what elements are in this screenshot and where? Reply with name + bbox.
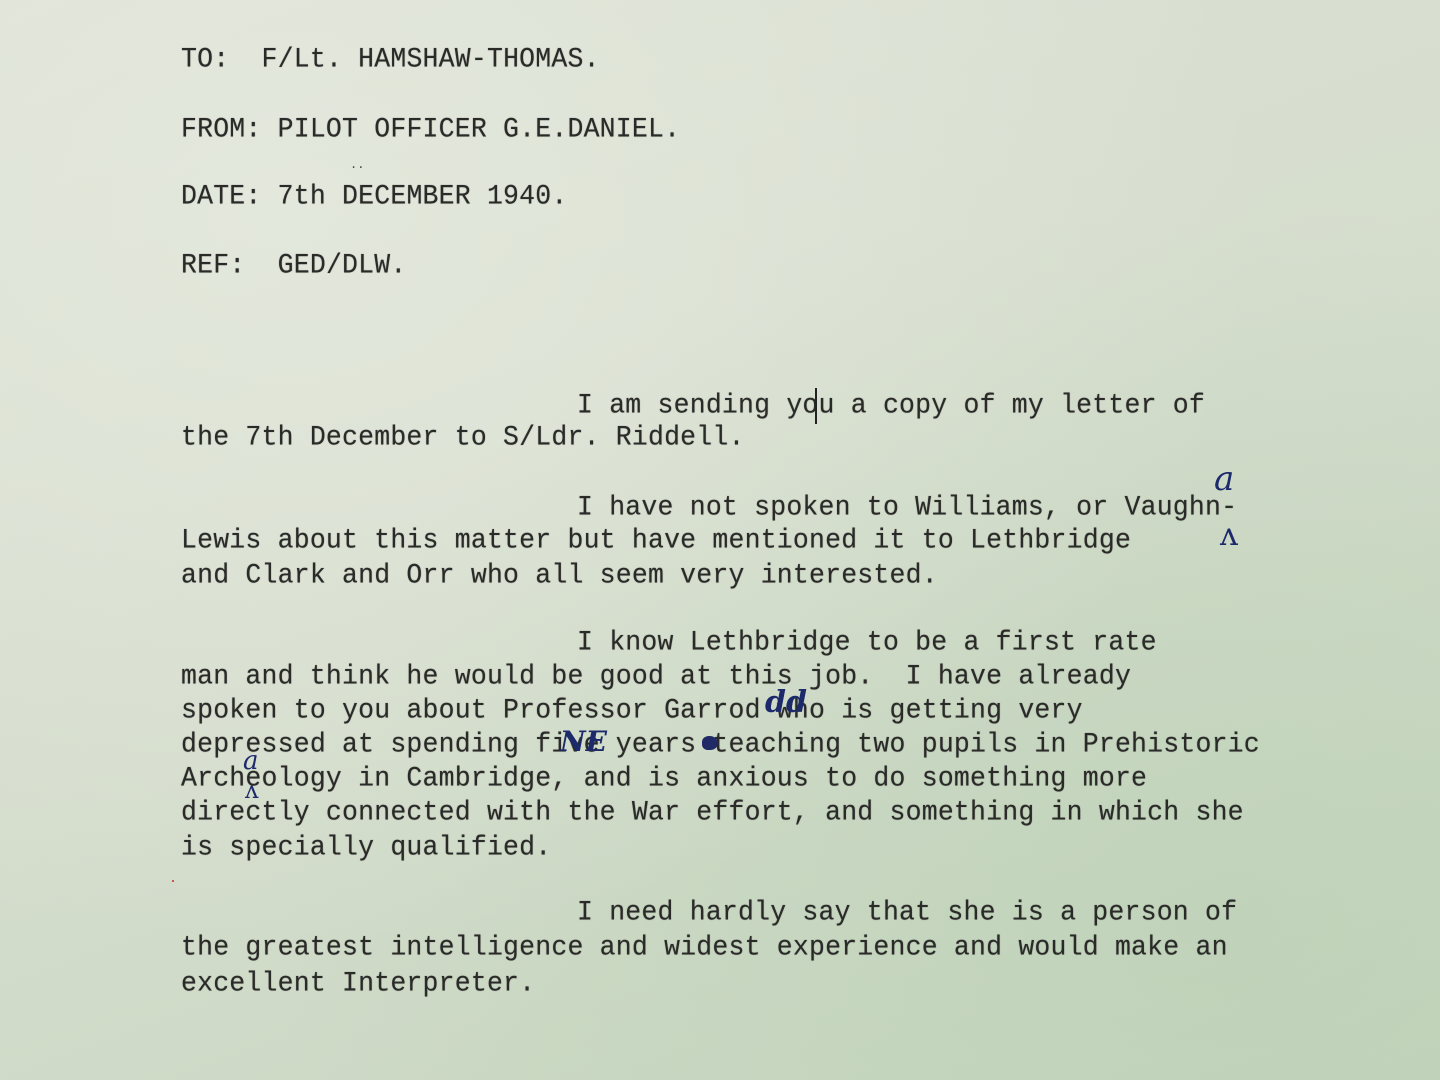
to-value: F/Lt. HAMSHAW-THOMAS. — [262, 43, 600, 75]
para4-line2: the greatest intelligence and widest exp… — [181, 933, 1228, 961]
memo-page: TO: F/Lt. HAMSHAW-THOMAS. FROM: PILOT OF… — [0, 0, 1440, 1080]
ink-blot — [702, 736, 718, 750]
handwritten-insert-a-archaeology: a — [243, 748, 259, 774]
para3-line4: depressed at spending five years teachin… — [181, 730, 1260, 758]
para2-line1: I have not spoken to Williams, or Vaughn… — [577, 493, 1237, 521]
para2-line3: and Clark and Orr who all seem very inte… — [181, 561, 938, 589]
handwritten-caret: ʌ — [1220, 518, 1238, 550]
handwritten-correction-ne: NE — [560, 728, 607, 756]
handwritten-correction-dd: dd — [765, 688, 807, 718]
ref-value: GED/DLW. — [278, 249, 407, 281]
to-label: TO: — [181, 43, 229, 75]
para1-line1: I am sending you a copy of my letter of — [577, 391, 1205, 419]
from-value: PILOT OFFICER G.E.DANIEL. — [278, 113, 681, 145]
para4-line1: I need hardly say that she is a person o… — [577, 898, 1237, 926]
date-label: DATE: — [181, 180, 262, 212]
header-from: FROM: PILOT OFFICER G.E.DANIEL. — [181, 115, 680, 143]
header-to: TO: F/Lt. HAMSHAW-THOMAS. — [181, 45, 600, 73]
para3-line2: man and think he would be good at this j… — [181, 662, 1131, 690]
date-value: 7th DECEMBER 1940. — [278, 180, 568, 212]
typed-cursor-mark — [815, 388, 817, 424]
para3-line3: spoken to you about Professor Garrod who… — [181, 696, 1083, 724]
paper-speck — [172, 880, 174, 882]
header-date: DATE: 7th DECEMBER 1940. — [181, 182, 567, 210]
para3-line5: Archeology in Cambridge, and is anxious … — [181, 764, 1147, 792]
diaeresis-mark: .. — [350, 158, 364, 172]
para1-line2: the 7th December to S/Ldr. Riddell. — [181, 423, 745, 451]
handwritten-caret-archaeology: ʌ — [245, 778, 259, 802]
para3-line7: is specially qualified. — [181, 833, 551, 861]
from-label: FROM: — [181, 113, 262, 145]
handwritten-insert-a: a — [1214, 462, 1234, 496]
header-ref: REF: GED/DLW. — [181, 251, 406, 279]
para3-line1: I know Lethbridge to be a first rate — [577, 628, 1157, 656]
para2-line2: Lewis about this matter but have mention… — [181, 526, 1131, 554]
para3-line6: directly connected with the War effort, … — [181, 798, 1244, 826]
ref-label: REF: — [181, 249, 245, 281]
para4-line3: excellent Interpreter. — [181, 969, 535, 997]
